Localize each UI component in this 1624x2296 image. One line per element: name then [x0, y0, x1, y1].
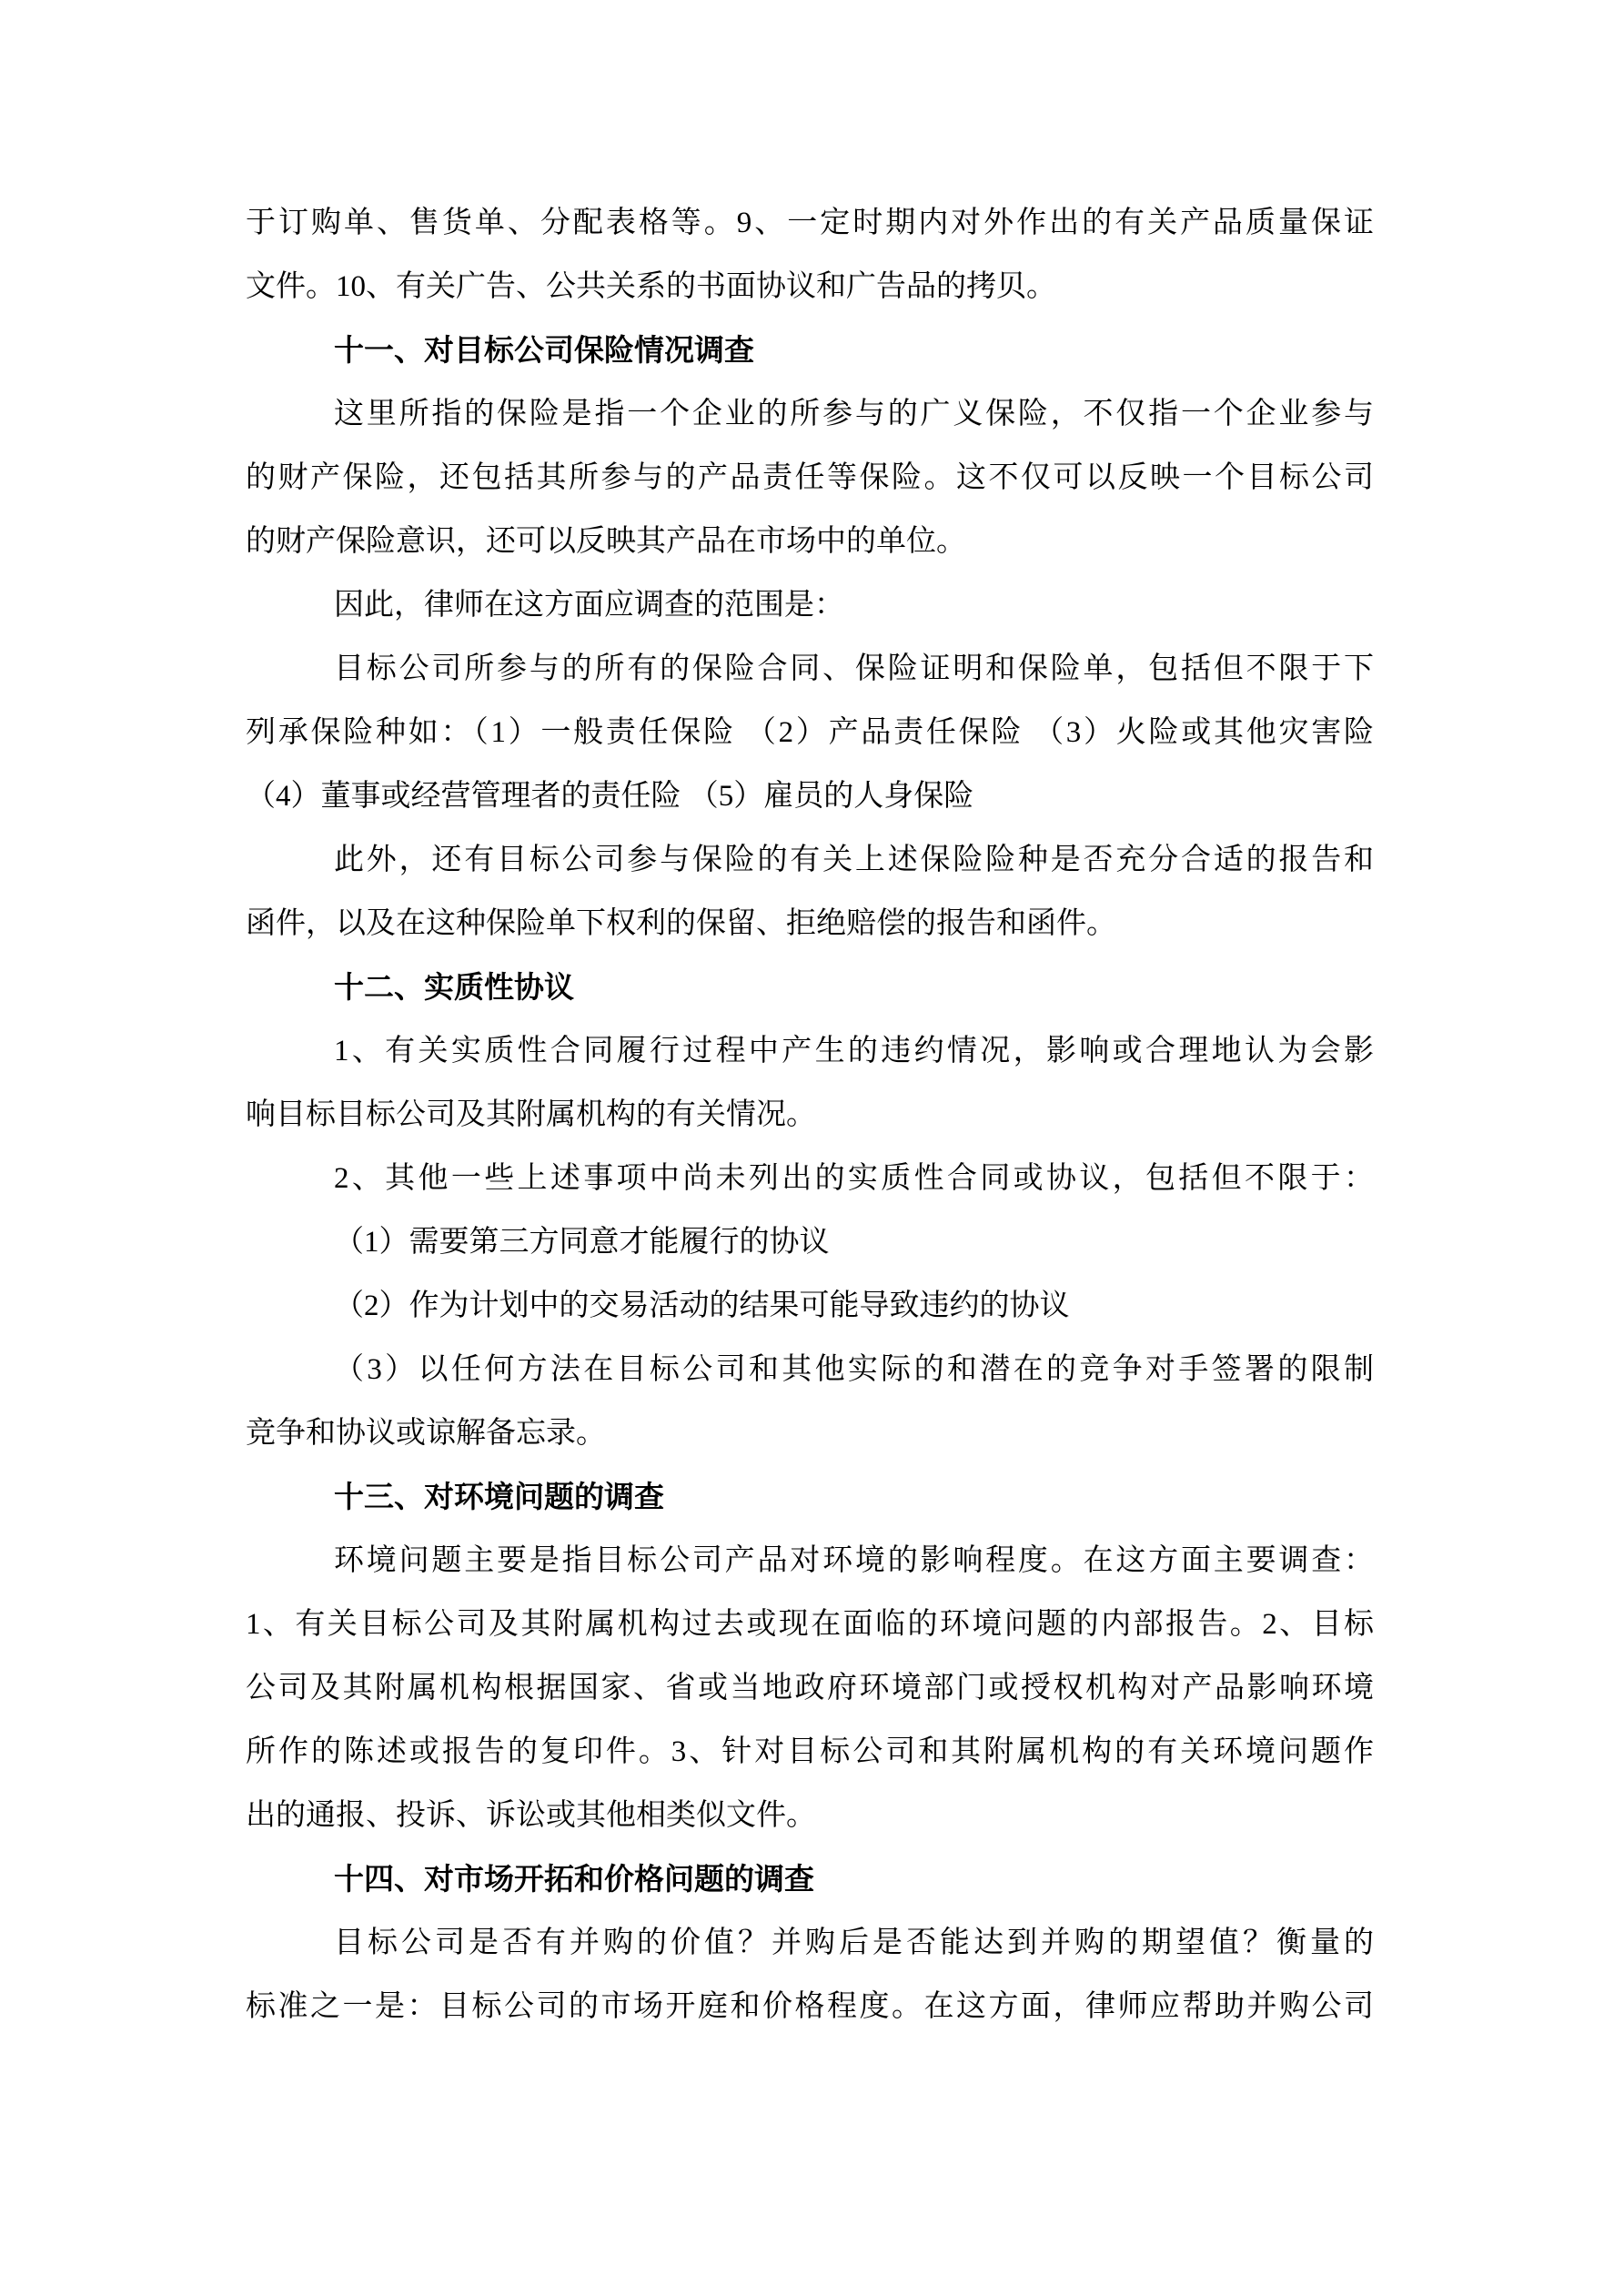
text-line: 竞争和协议或谅解备忘录。: [246, 1401, 1374, 1465]
text-line: 1、有关目标公司及其附属机构过去或现在面临的环境问题的内部报告。2、目标: [246, 1593, 1374, 1656]
text-line: 这里所指的保险是指一个企业的所参与的广义保险，不仅指一个企业参与: [246, 382, 1374, 446]
text-line: 公司及其附属机构根据国家、省或当地政府环境部门或授权机构对产品影响环境: [246, 1656, 1374, 1720]
document-text: 于订购单、售货单、分配表格等。9、一定时期内对外作出的有关产品质量保证 文件。1…: [246, 191, 1374, 2038]
text-line: 因此，律师在这方面应调查的范围是：: [246, 573, 1374, 637]
section-heading-12: 十二、实质性协议: [246, 956, 1374, 1019]
text-line: 此外，还有目标公司参与保险的有关上述保险险种是否充分合适的报告和: [246, 828, 1374, 892]
text-line: 响目标目标公司及其附属机构的有关情况。: [246, 1083, 1374, 1147]
document-page: 于订购单、售货单、分配表格等。9、一定时期内对外作出的有关产品质量保证 文件。1…: [0, 0, 1624, 2296]
text-line: 的财产保险意识，还可以反映其产品在市场中的单位。: [246, 510, 1374, 573]
text-line: 于订购单、售货单、分配表格等。9、一定时期内对外作出的有关产品质量保证: [246, 191, 1374, 255]
section-heading-14: 十四、对市场开拓和价格问题的调查: [246, 1847, 1374, 1911]
text-line: 出的通报、投诉、诉讼或其他相类似文件。: [246, 1784, 1374, 1847]
text-line: 目标公司是否有并购的价值？并购后是否能达到并购的期望值？衡量的: [246, 1911, 1374, 1975]
text-line: （4）董事或经营管理者的责任险 （5）雇员的人身保险: [246, 764, 1374, 828]
text-line: （2）作为计划中的交易活动的结果可能导致违约的协议: [246, 1274, 1374, 1338]
text-line: 1、有关实质性合同履行过程中产生的违约情况，影响或合理地认为会影: [246, 1019, 1374, 1083]
text-line: 文件。10、有关广告、公共关系的书面协议和广告品的拷贝。: [246, 255, 1374, 319]
section-heading-11: 十一、对目标公司保险情况调查: [246, 319, 1374, 382]
text-line: 列承保险种如：（1）一般责任保险 （2）产品责任保险 （3）火险或其他灾害险: [246, 701, 1374, 764]
text-line: （1）需要第三方同意才能履行的协议: [246, 1210, 1374, 1274]
text-line: （3）以任何方法在目标公司和其他实际的和潜在的竞争对手签署的限制: [246, 1338, 1374, 1401]
text-line: 目标公司所参与的所有的保险合同、保险证明和保险单，包括但不限于下: [246, 637, 1374, 701]
section-heading-13: 十三、对环境问题的调查: [246, 1465, 1374, 1529]
text-line: 的财产保险，还包括其所参与的产品责任等保险。这不仅可以反映一个目标公司: [246, 446, 1374, 510]
text-line: 函件，以及在这种保险单下权利的保留、拒绝赔偿的报告和函件。: [246, 892, 1374, 956]
text-line: 标准之一是：目标公司的市场开庭和价格程度。在这方面，律师应帮助并购公司: [246, 1975, 1374, 2038]
text-line: 环境问题主要是指目标公司产品对环境的影响程度。在这方面主要调查：: [246, 1529, 1374, 1593]
text-line: 2、其他一些上述事项中尚未列出的实质性合同或协议，包括但不限于：: [246, 1147, 1374, 1210]
text-line: 所作的陈述或报告的复印件。3、针对目标公司和其附属机构的有关环境问题作: [246, 1720, 1374, 1784]
